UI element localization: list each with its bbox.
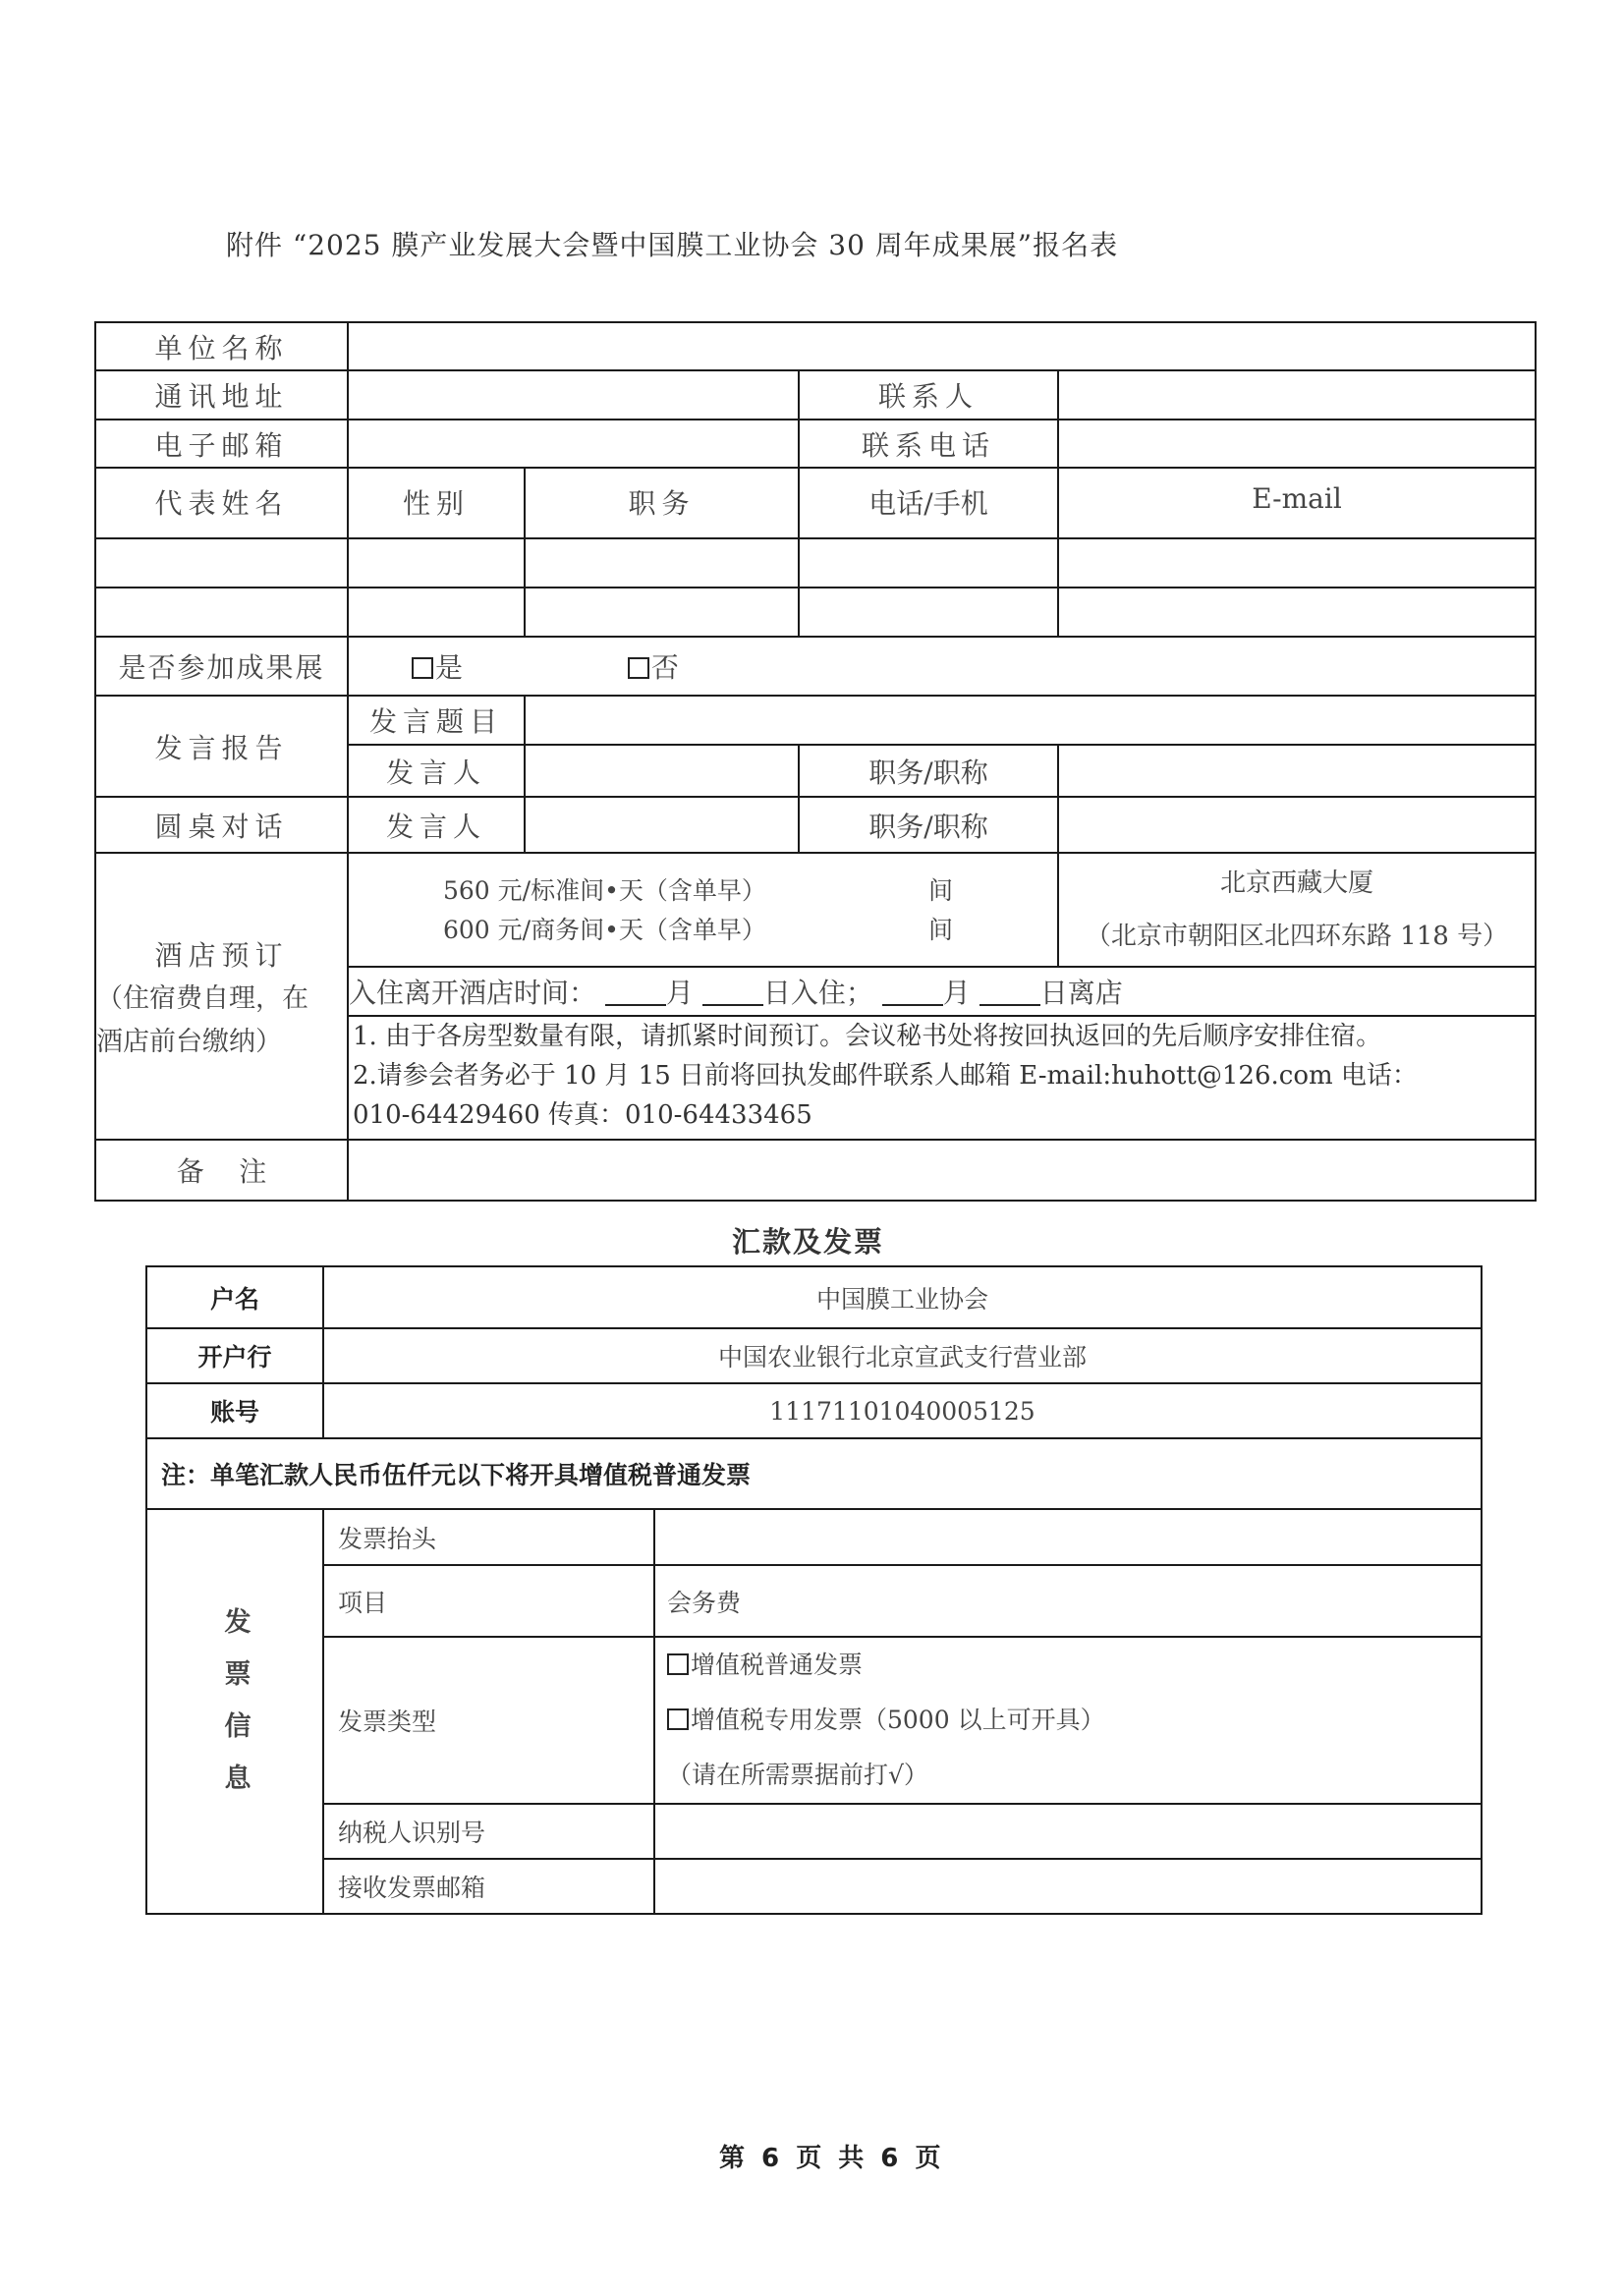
payment-note: 注：单笔汇款人民币伍仟元以下将开具增值税普通发票 [146, 1438, 1482, 1509]
bank-label: 开户行 [146, 1328, 323, 1383]
speech-topic-field[interactable] [525, 696, 1536, 745]
roundtable-speaker-label: 发言人 [348, 797, 525, 853]
hotel-sublabel-2: 酒店前台缴纳） [96, 1021, 347, 1064]
phone-cell[interactable] [799, 538, 1058, 588]
room-prices-cell: 560 元/标准间•天（含单早） 间 600 元/商务间•天（含单早） 间 [348, 853, 1058, 967]
gender-header: 性别 [348, 468, 525, 538]
room-price-row: 600 元/商务间•天（含单早） 间 [349, 911, 1057, 950]
invoice-type-hint: （请在所需票据前打√） [667, 1748, 1481, 1803]
hotel-sublabel-1: （住宿费自理，在 [96, 978, 347, 1021]
checkin-day-blank[interactable] [702, 979, 763, 1006]
document-title: 附件 “2025 膜产业发展大会暨中国膜工业协会 30 周年成果展”报名表 [226, 224, 1118, 263]
remarks-label: 备 注 [95, 1140, 348, 1201]
checkout-month-blank[interactable] [882, 979, 943, 1006]
hotel-address: （北京市朝阳区北四环东路 118 号） [1059, 910, 1535, 963]
speaker-field[interactable] [525, 745, 799, 797]
item-label: 项目 [323, 1565, 654, 1637]
hotel-note-2: 2.请参会者务必于 10 月 15 日前将回执发邮件联系人邮箱 E-mail:h… [353, 1056, 1535, 1095]
position-header: 职务 [525, 468, 799, 538]
speaker-title-field[interactable] [1058, 745, 1536, 797]
email-cell[interactable] [1058, 588, 1536, 637]
account-no-value: 11171101040005125 [323, 1383, 1482, 1438]
gender-cell[interactable] [348, 538, 525, 588]
exhibition-no-option[interactable]: 否 [628, 651, 679, 684]
account-name-value: 中国膜工业协会 [323, 1266, 1482, 1328]
payment-invoice-table: 户名 中国膜工业协会 开户行 中国农业银行北京宣武支行营业部 账号 111711… [145, 1265, 1483, 1915]
invoice-title-field[interactable] [654, 1509, 1482, 1565]
remarks-field[interactable] [348, 1140, 1536, 1201]
exhibition-yes-option[interactable]: 是 [412, 651, 463, 684]
stay-dates-row: 入住离开酒店时间： 月 日入住； 月 日离店 [348, 967, 1536, 1016]
contact-label: 联系人 [799, 370, 1058, 420]
invoice-type-options: 增值税普通发票 增值税专用发票（5000 以上可开具） （请在所需票据前打√） [654, 1637, 1482, 1804]
room-price-row: 560 元/标准间•天（含单早） 间 [349, 871, 1057, 911]
roundtable-title-field[interactable] [1058, 797, 1536, 853]
receive-email-field[interactable] [654, 1859, 1482, 1914]
hotel-note-1: 1. 由于各房型数量有限，请抓紧时间预订。会议秘书处将按回执返回的先后顺序安排住… [353, 1017, 1535, 1056]
hotel-note-3: 010-64429460 传真：010-64433465 [353, 1095, 1535, 1135]
hotel-notes: 1. 由于各房型数量有限，请抓紧时间预订。会议秘书处将按回执返回的先后顺序安排住… [348, 1016, 1536, 1140]
rep-name-cell[interactable] [95, 538, 348, 588]
contact-field[interactable] [1058, 370, 1536, 420]
speaker-title-label: 职务/职称 [799, 745, 1058, 797]
registration-form-table: 单位名称 通讯地址 联系人 电子邮箱 联系电话 代表姓名 性别 职务 电话/手机… [94, 321, 1537, 1202]
checkout-day-blank[interactable] [979, 979, 1040, 1006]
invoice-group-label: 发票信息 [216, 1607, 254, 1816]
invoice-type-option-general[interactable]: 增值税普通发票 [667, 1638, 1481, 1693]
invoice-title-label: 发票抬头 [323, 1509, 654, 1565]
unit-name-field[interactable] [348, 322, 1536, 370]
exhibition-label: 是否参加成果展 [95, 637, 348, 696]
email-label: 电子邮箱 [95, 420, 348, 468]
hotel-info-cell: 北京西藏大厦 （北京市朝阳区北四环东路 118 号） [1058, 853, 1536, 967]
speech-label: 发言报告 [95, 696, 348, 797]
invoice-type-option-special[interactable]: 增值税专用发票（5000 以上可开具） [667, 1693, 1481, 1748]
contact-phone-label: 联系电话 [799, 420, 1058, 468]
position-cell[interactable] [525, 588, 799, 637]
account-no-label: 账号 [146, 1383, 323, 1438]
position-cell[interactable] [525, 538, 799, 588]
address-label: 通讯地址 [95, 370, 348, 420]
checkin-month-blank[interactable] [605, 979, 666, 1006]
invoice-group-label-cell: 发票信息 [146, 1509, 323, 1914]
checkbox-icon[interactable] [412, 657, 433, 679]
rep-name-cell[interactable] [95, 588, 348, 637]
table-row [95, 588, 1536, 637]
tax-id-field[interactable] [654, 1804, 1482, 1859]
invoice-type-label: 发票类型 [323, 1637, 654, 1804]
phone-header: 电话/手机 [799, 468, 1058, 538]
email-cell[interactable] [1058, 538, 1536, 588]
address-field[interactable] [348, 370, 799, 420]
unit-name-label: 单位名称 [95, 322, 348, 370]
speech-topic-label: 发言题目 [348, 696, 525, 745]
contact-phone-field[interactable] [1058, 420, 1536, 468]
hotel-label: 酒店预订 [96, 934, 347, 978]
receive-email-label: 接收发票邮箱 [323, 1859, 654, 1914]
email-header: E-mail [1058, 468, 1536, 538]
gender-cell[interactable] [348, 588, 525, 637]
bank-value: 中国农业银行北京宣武支行营业部 [323, 1328, 1482, 1383]
rep-name-header: 代表姓名 [95, 468, 348, 538]
phone-cell[interactable] [799, 588, 1058, 637]
table-row [95, 538, 1536, 588]
speaker-label: 发言人 [348, 745, 525, 797]
item-value: 会务费 [654, 1565, 1482, 1637]
tax-id-label: 纳税人识别号 [323, 1804, 654, 1859]
roundtable-label: 圆桌对话 [95, 797, 348, 853]
checkbox-icon[interactable] [667, 1708, 689, 1730]
hotel-label-cell: 酒店预订 （住宿费自理，在 酒店前台缴纳） [95, 853, 348, 1140]
email-field[interactable] [348, 420, 799, 468]
checkbox-icon[interactable] [667, 1653, 689, 1675]
account-name-label: 户名 [146, 1266, 323, 1328]
payment-section-title: 汇款及发票 [732, 1220, 884, 1260]
room-count-field[interactable]: 间 [856, 911, 953, 950]
room-count-field[interactable]: 间 [856, 871, 953, 911]
page-number: 第 6 页 共 6 页 [719, 2138, 944, 2174]
checkbox-icon[interactable] [628, 657, 649, 679]
hotel-name: 北京西藏大厦 [1059, 857, 1535, 910]
roundtable-speaker-field[interactable] [525, 797, 799, 853]
roundtable-title-label: 职务/职称 [799, 797, 1058, 853]
